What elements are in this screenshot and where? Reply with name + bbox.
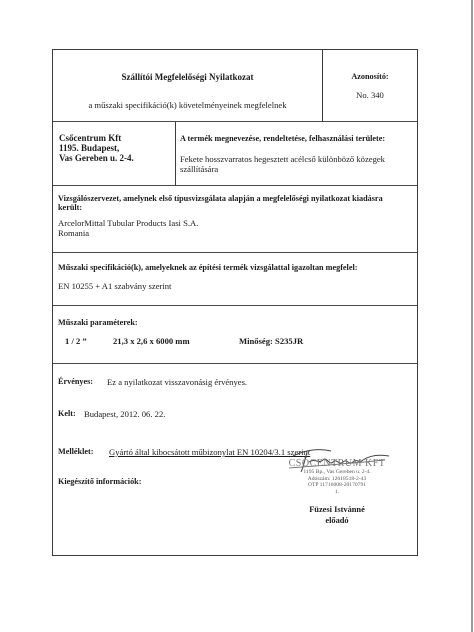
test-organization-name: ArcelorMittal Tubular Products Iasi S.A. <box>58 218 198 228</box>
id-value: No. 340 <box>322 90 418 100</box>
stamp-company: CSŐCENTRUM KFT <box>275 458 399 469</box>
additional-info-label: Kiegészítő információk: <box>58 477 141 487</box>
parameter-size: 1 / 2 ” <box>65 336 87 346</box>
signatory-name: Füzesi Istvánné <box>285 505 389 515</box>
specification-label: Műszaki specifikáció(k), amelyeknek az é… <box>58 263 357 273</box>
issued-value: Budapest, 2012. 06. 22. <box>84 409 165 419</box>
attachment-value: Gyártó által kibocsátott műbizonylat EN … <box>109 447 310 457</box>
test-organization-country: Romania <box>58 228 89 238</box>
test-organization-label-line2: került: <box>58 203 82 213</box>
parameters-row: Műszaki paraméterek: 1 / 2 ” 21,3 x 2,6 … <box>53 306 417 364</box>
declaration-document: Szállítói Megfelelőségi Nyilatkozat a mű… <box>52 49 418 556</box>
supplier-street: Vas Gereben u. 2-4. <box>59 153 134 163</box>
company-stamp: CSŐCENTRUM KFT 1195 Bp., Vas Gereben u. … <box>275 458 399 495</box>
parameters-label: Műszaki paraméterek: <box>58 318 138 328</box>
supplier-city: 1195. Budapest, <box>59 143 119 153</box>
validity-value: Ez a nyilatkozat visszavonásig érvényes. <box>107 377 247 387</box>
validity-label: Érvényes: <box>58 377 93 387</box>
specification-value: EN 10255 + A1 szabvány szerint <box>58 281 171 291</box>
parameter-quality: Minőség: S235JR <box>239 336 303 346</box>
product-description-line1: Fekete hosszvarratos hegesztett acélcső … <box>180 154 385 164</box>
id-label: Azonosító: <box>322 72 418 82</box>
document-title: Szállítói Megfelelőségi Nyilatkozat <box>53 72 322 82</box>
test-organization-label-line1: Vizsgálószervezet, amelynek első típusvi… <box>58 194 383 204</box>
supplier-name: Csőcentrum Kft <box>59 133 121 143</box>
title-cell: Szállítói Megfelelőségi Nyilatkozat a mű… <box>53 50 323 122</box>
supplier-product-row: Csőcentrum Kft 1195. Budapest, Vas Gereb… <box>53 122 417 186</box>
product-description-line2: szállítására <box>180 164 218 174</box>
supplier-cell: Csőcentrum Kft 1195. Budapest, Vas Gereb… <box>53 122 176 186</box>
parameter-dimensions: 21,3 x 2,6 x 6000 mm <box>113 336 190 346</box>
signatory-role: előadó <box>285 516 389 526</box>
id-cell: Azonosító: No. 340 <box>322 50 418 122</box>
specification-row: Műszaki specifikáció(k), amelyeknek az é… <box>53 253 417 306</box>
test-organization-row: Vizsgálószervezet, amelynek első típusvi… <box>53 186 417 253</box>
document-subtitle: a műszaki specifikáció(k) követelményein… <box>53 100 322 110</box>
header-row: Szállítói Megfelelőségi Nyilatkozat a mű… <box>53 50 417 122</box>
issued-label: Kelt: <box>58 409 76 419</box>
product-label: A termék megnevezése, rendeltetése, felh… <box>180 134 385 144</box>
stamp-mark: 1. <box>275 489 399 496</box>
scan-edge-line <box>471 0 473 632</box>
attachment-label: Melléklet: <box>58 447 93 457</box>
